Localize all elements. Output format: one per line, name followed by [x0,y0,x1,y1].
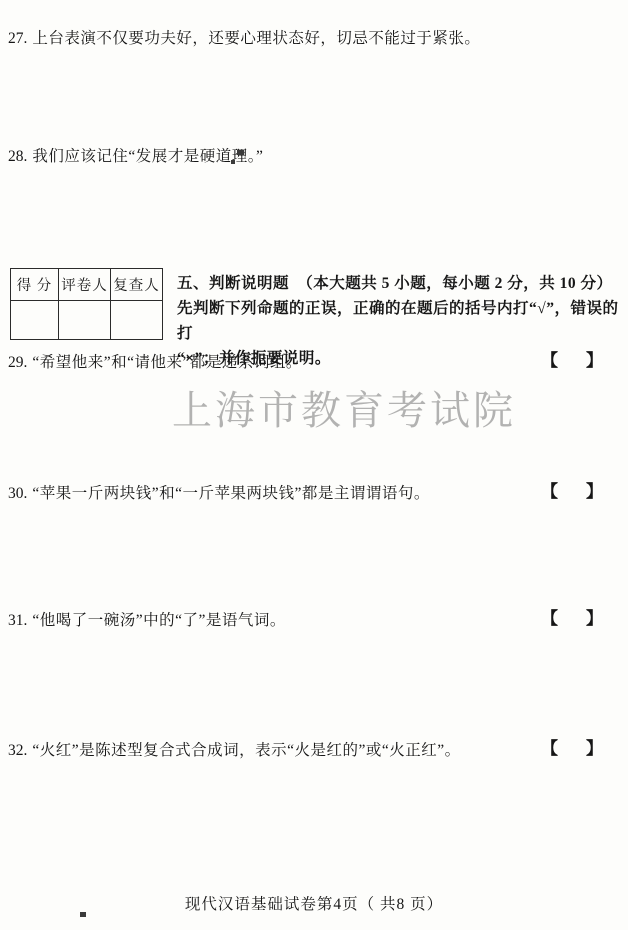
bracket-close: 】 [586,483,603,501]
section-instruction-line1: 先判断下列命题的正误，正确的在题后的括号内打“√”，错误的打 [177,296,627,346]
bracket-open: 【 [541,352,558,370]
question-number: 30. [8,485,27,502]
bracket-close: 】 [586,352,603,370]
score-table-header-checker: 复查人 [111,269,163,301]
score-table-empty-row [11,301,163,340]
answer-brackets: 【】 [541,352,603,370]
question-30: 30.“苹果一斤两块钱”和“一斤苹果两块钱”都是主谓谓语句。 【】 [8,485,628,503]
scan-artifact [231,160,235,164]
score-table: 得 分 评卷人 复查人 [10,268,163,340]
question-text: “苹果一斤两块钱”和“一斤苹果两块钱”都是主谓谓语句。 [32,485,430,502]
question-number: 29. [8,354,27,371]
question-text: “希望他来”和“请他来”都是递系词组。 [32,354,302,371]
exam-page: 27.上台表演不仅要功夫好，还要心理状态好，切忌不能过于紧张。 28.我们应该记… [0,0,628,930]
score-table-header-grader: 评卷人 [59,269,111,301]
question-number: 28. [8,148,27,165]
answer-brackets: 【】 [541,740,603,758]
question-text: “火红”是陈述型复合式合成词，表示“火是红的”或“火正红”。 [32,742,460,759]
bracket-open: 【 [541,610,558,628]
question-28: 28.我们应该记住“发展才是硬道理。” [8,148,628,166]
answer-brackets: 【】 [541,483,603,501]
bracket-close: 】 [586,740,603,758]
watermark: 上海市教育考试院 [172,379,516,436]
question-number: 27. [8,30,27,47]
score-table-header-row: 得 分 评卷人 复查人 [11,269,163,301]
question-32: 32.“火红”是陈述型复合式合成词，表示“火是红的”或“火正红”。 【】 [8,742,628,760]
question-number: 31. [8,612,27,629]
checker-cell [111,301,163,340]
answer-brackets: 【】 [541,610,603,628]
grader-cell [59,301,111,340]
page-footer: 现代汉语基础试卷第4页（ 共8 页） [0,892,628,914]
bracket-open: 【 [541,483,558,501]
question-number: 32. [8,742,27,759]
bracket-close: 】 [586,610,603,628]
question-text: “他喝了一碗汤”中的“了”是语气词。 [32,612,286,629]
question-text: 上台表演不仅要功夫好，还要心理状态好，切忌不能过于紧张。 [32,30,480,47]
bracket-open: 【 [541,740,558,758]
score-table-header-score: 得 分 [11,269,59,301]
question-29: 29.“希望他来”和“请他来”都是递系词组。 【】 [8,354,628,372]
section-title: 五、判断说明题 （本大题共 5 小题，每小题 2 分，共 10 分） [177,271,627,296]
scan-artifact [80,912,86,917]
question-31: 31.“他喝了一碗汤”中的“了”是语气词。 【】 [8,612,628,630]
scan-artifact [237,150,244,155]
score-cell [11,301,59,340]
question-text: 我们应该记住“发展才是硬道理。” [32,148,263,165]
question-27: 27.上台表演不仅要功夫好，还要心理状态好，切忌不能过于紧张。 [8,30,628,48]
